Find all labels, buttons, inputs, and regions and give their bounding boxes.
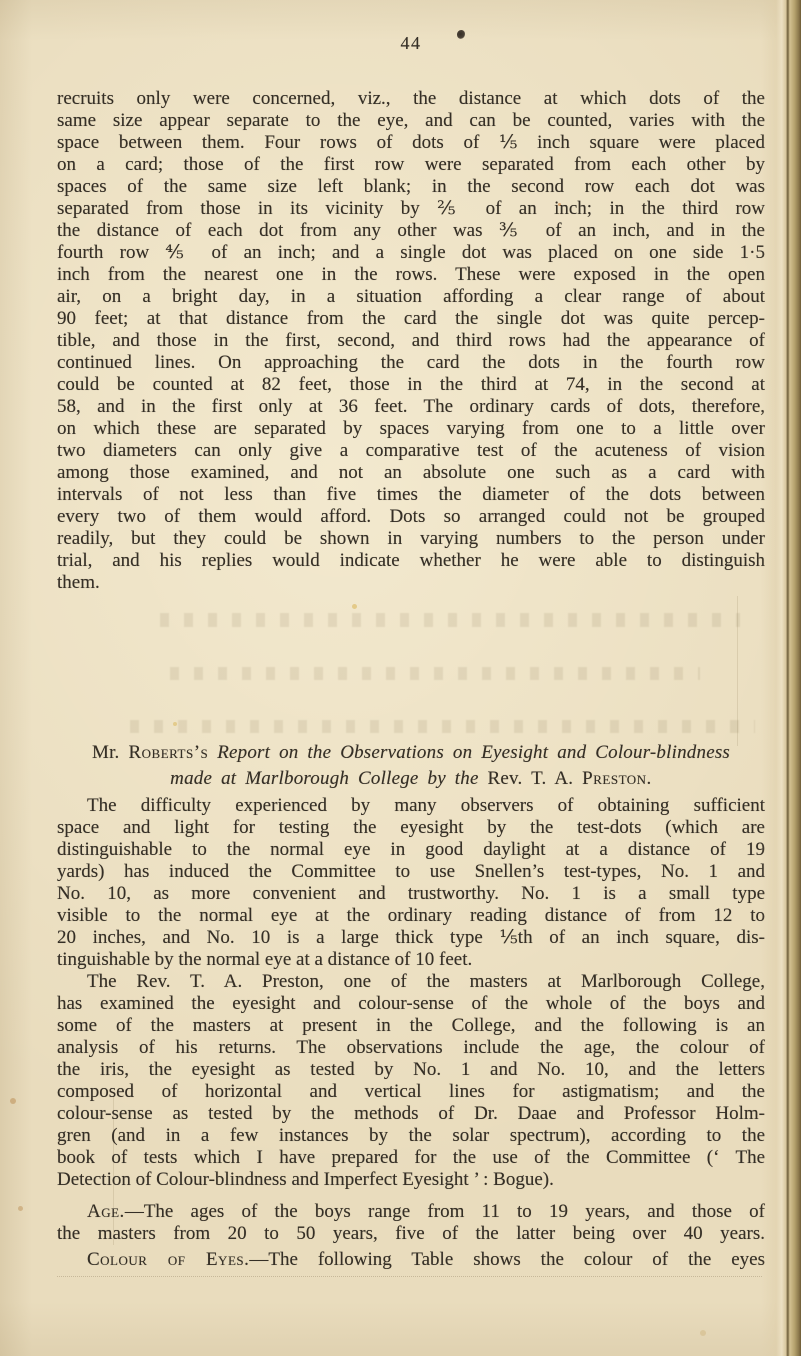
page-number: 44 xyxy=(57,33,765,54)
heading-roberts-smallcaps: Roberts’s xyxy=(128,742,208,763)
text-line: colour-sense as tested by the methods of… xyxy=(57,1103,765,1125)
text-line: readily, but they could be shown in vary… xyxy=(57,528,765,550)
text-line: The difficulty experienced by many obser… xyxy=(57,795,765,817)
text-column: 44 recruits only were concerned, viz., t… xyxy=(57,0,765,1356)
page-edge xyxy=(761,0,801,1356)
text-line: 90 feet; at that distance from the card … xyxy=(57,308,765,330)
text-line: trial, and his replies would indicate wh… xyxy=(57,550,765,572)
heading-mr: Mr. xyxy=(92,742,128,763)
text-line: inch from the nearest one in the rows. T… xyxy=(57,264,765,286)
text-line: 20 inches, and No. 10 is a large thick t… xyxy=(57,927,765,949)
text-line: analysis of his returns. The observation… xyxy=(57,1037,765,1059)
small-caps-lead: Colour of Eyes. xyxy=(87,1249,249,1270)
text-line: could be counted at 82 feet, those in th… xyxy=(57,374,765,396)
text-line: book of tests which I have prepared for … xyxy=(57,1147,765,1169)
text-line: 58, and in the first only at 36 feet. Th… xyxy=(57,396,765,418)
heading-line-1: Mr. Roberts’s Report on the Observations… xyxy=(47,740,775,766)
text-line: separated from those in its vicinity by … xyxy=(57,198,765,220)
book-page: 44 recruits only were concerned, viz., t… xyxy=(0,0,801,1356)
text-line: the distance of each dot from any other … xyxy=(57,220,765,242)
heading-line-2: made at Marlborough College by the Rev. … xyxy=(47,766,775,792)
text-line: No. 10, as more convenient and trustwort… xyxy=(57,883,765,905)
paragraph-difficulty: The difficulty experienced by many obser… xyxy=(57,795,765,971)
text-line: intervals of not less than five times th… xyxy=(57,484,765,506)
small-caps-lead: Age. xyxy=(87,1201,125,1222)
text-line: the iris, the eyesight as tested by No. … xyxy=(57,1059,765,1081)
text-line: visible to the normal eye at the ordinar… xyxy=(57,905,765,927)
text-line: every two of them would afford. Dots so … xyxy=(57,506,765,528)
stain-spot xyxy=(10,1098,16,1104)
text-line: some of the masters at present in the Co… xyxy=(57,1015,765,1037)
text-line: same size appear separate to the eye, an… xyxy=(57,110,765,132)
text-line: on which these are separated by spaces v… xyxy=(57,418,765,440)
text-line: space and light for testing the eyesight… xyxy=(57,817,765,839)
paragraph-preston-returns: The Rev. T. A. Preston, one of the maste… xyxy=(57,971,765,1191)
text-line: Age.—The ages of the boys range from 11 … xyxy=(57,1201,765,1223)
text-line: composed of horizontal and vertical line… xyxy=(57,1081,765,1103)
text-line: on a card; those of the first row were s… xyxy=(57,154,765,176)
heading-preston-smallcaps: Preston. xyxy=(582,768,652,789)
text-line: recruits only were concerned, viz., the … xyxy=(57,88,765,110)
text-line: continued lines. On approaching the card… xyxy=(57,352,765,374)
section-heading: Mr. Roberts’s Report on the Observations… xyxy=(47,740,775,792)
text-line: two diameters can only give a comparativ… xyxy=(57,440,765,462)
text-line: yards) has induced the Committee to use … xyxy=(57,861,765,883)
text-line: has examined the eyesight and colour-sen… xyxy=(57,993,765,1015)
heading-title-italic: Report on the Observations on Eyesight a… xyxy=(208,742,730,763)
paragraph-age: Age.—The ages of the boys range from 11 … xyxy=(57,1201,765,1245)
text-line: Detection of Colour-blindness and Imperf… xyxy=(57,1169,765,1191)
text-line: spaces of the same size left blank; in t… xyxy=(57,176,765,198)
text-line: Colour of Eyes.—The following Table show… xyxy=(57,1249,765,1271)
text-line: them. xyxy=(57,572,765,594)
text-line: among those examined, and not an absolut… xyxy=(57,462,765,484)
text-line: The Rev. T. A. Preston, one of the maste… xyxy=(57,971,765,993)
text-line: tible, and those in the first, second, a… xyxy=(57,330,765,352)
text-line: space between them. Four rows of dots of… xyxy=(57,132,765,154)
heading-rev: Rev. T. A. xyxy=(488,768,583,789)
stain-spot xyxy=(18,1206,23,1211)
heading-subtitle-italic: made at Marlborough College by the xyxy=(170,768,487,789)
text-line: the masters from 20 to 50 years, five of… xyxy=(57,1223,765,1245)
paragraph-recruits-continuation: recruits only were concerned, viz., the … xyxy=(57,88,765,594)
text-line: tinguishable by the normal eye at a dist… xyxy=(57,949,765,971)
text-line: fourth row ⅘ of an inch; and a single do… xyxy=(57,242,765,264)
text-line: gren (and in a few instances by the sola… xyxy=(57,1125,765,1147)
text-line: air, on a bright day, in a situation aff… xyxy=(57,286,765,308)
paragraph-colour-of-eyes: Colour of Eyes.—The following Table show… xyxy=(57,1249,765,1271)
text-line: distinguishable to the normal eye in goo… xyxy=(57,839,765,861)
